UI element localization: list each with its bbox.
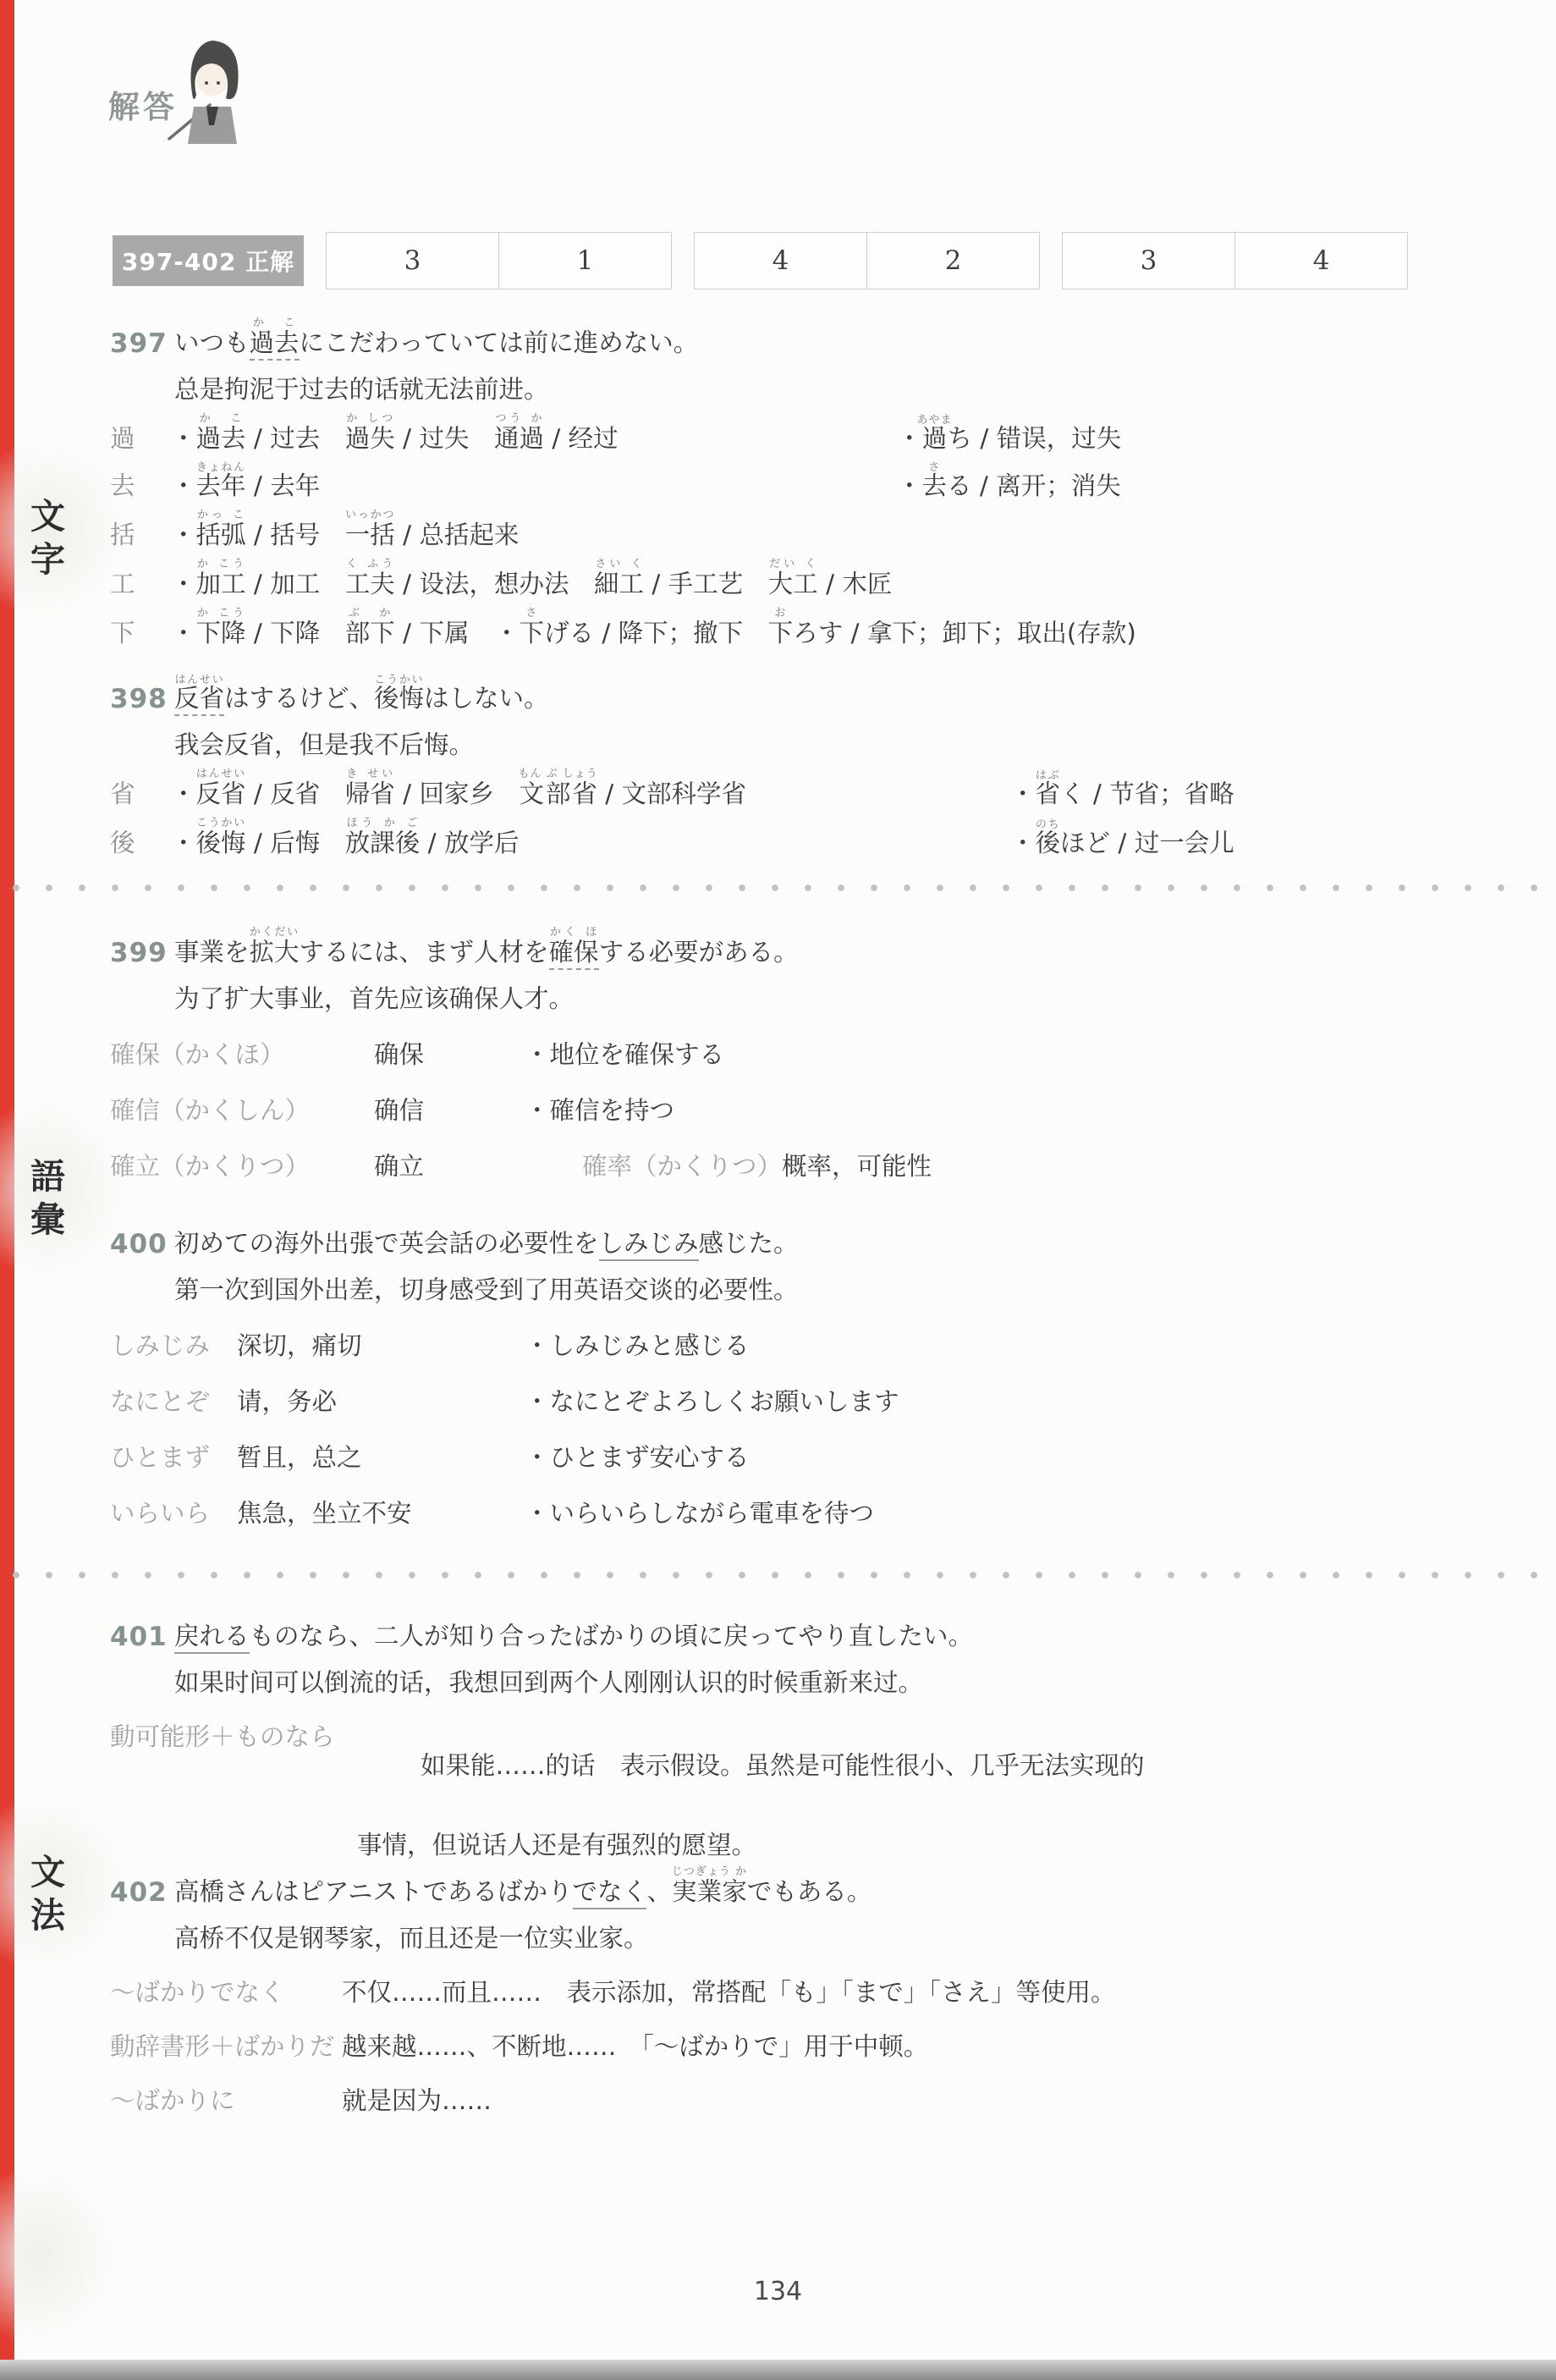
vocab-meaning: 暂且，总之 [237, 1438, 525, 1474]
vocab-row: しみじみ 深切，痛切 ・しみじみと感じる [110, 1326, 1515, 1362]
vocab-example: ・なにとぞよろしくお願いします [525, 1382, 1515, 1418]
vocab-word: いらいら [110, 1494, 237, 1529]
grammar-pattern: 〜ばかりでなく [110, 1973, 342, 2008]
vocab-example: 確率（かくりつ）概率，可能性 [525, 1147, 1515, 1182]
question-397: 397 いつも過去か こにこだわっていては前に進めない。 总是拘泥于过去的话就无… [110, 317, 1515, 649]
kanji-words: ・後のちほど / 过一会儿 [1010, 818, 1515, 859]
grammar-pattern: 〜ばかりに [110, 2081, 342, 2117]
grammar-row: 動辞書形＋ばかりだ 越来越……、不断地…… 「〜ばかりで」用于中顿。 [110, 2027, 1515, 2063]
vocab-meaning: 深切，痛切 [237, 1326, 525, 1362]
vocab-word: 確保（かくほ） [110, 1035, 374, 1071]
vocab-meaning: 概率，可能性 [782, 1152, 932, 1181]
vocab-word: なにとぞ [110, 1382, 237, 1418]
vocab-row: 確立（かくりつ） 确立 確率（かくりつ）概率，可能性 [110, 1147, 1515, 1182]
question-translation: 第一次到国外出差，切身感受到了用英语交谈的必要性。 [174, 1270, 1515, 1306]
kanji-row: 下 ・下降か こう / 下降 部下ぶ か / 下属 ・下さげる / 降下；撤下 … [110, 607, 1515, 649]
section-divider [12, 884, 1545, 893]
answer-box-399: 4 [694, 232, 867, 289]
answer-box-397: 3 [326, 232, 499, 289]
question-sentence: 反省はんせいはするけど、後悔こうかいはしない。 [174, 674, 549, 714]
kanji-words: ・過あやまち / 错误，过失 [897, 414, 1515, 455]
section-divider [12, 1571, 1545, 1580]
question-400: 400 初めての海外出張で英会話の必要性をしみじみ感じた。 第一次到国外出差，切… [110, 1224, 1515, 1529]
vocab-row: いらいら 焦急，坐立不安 ・いらいらしながら電車を待つ [110, 1494, 1515, 1529]
answer-box-group: 3 4 [1062, 232, 1408, 289]
grammar-pattern: 動辞書形＋ばかりだ [110, 2027, 342, 2063]
answer-box-group: 4 2 [694, 232, 1040, 289]
vocab-example: ・地位を確保する [525, 1035, 1515, 1071]
kanji-head: 後 [110, 824, 149, 859]
question-translation: 如果时间可以倒流的话，我想回到两个人刚刚认识的时候重新来过。 [174, 1663, 1515, 1699]
question-sentence: いつも過去か こにこだわっていては前に進めない。 [174, 317, 698, 359]
kanji-words: ・後悔こうかい / 后悔 放課後ほう か ご / 放学后 [171, 817, 1010, 859]
textbook-answer-page: 文字 語彙 文法 解答 397-402 正解 3 1 4 2 3 4 397 い… [0, 0, 1556, 2380]
sidebar-section-bunpo: 文法 [20, 1854, 70, 1940]
question-sentence: 初めての海外出張で英会話の必要性をしみじみ感じた。 [174, 1224, 799, 1259]
answer-box-400: 2 [866, 232, 1040, 289]
kanji-head: 括 [110, 515, 149, 551]
vocab-word: ひとまず [110, 1438, 237, 1474]
vocab-row: ひとまず 暂且，总之 ・ひとまず安心する [110, 1438, 1515, 1474]
vocab-row: 確信（かくしん） 确信 ・確信を持つ [110, 1091, 1515, 1127]
question-sentence: 戻れるものなら、二人が知り合ったばかりの頃に戻ってやり直したい。 [174, 1617, 973, 1652]
teacher-girl-illustration [146, 32, 272, 144]
answer-box-398: 1 [498, 232, 672, 289]
grammar-row: 〜ばかりに 就是因为…… [110, 2081, 1515, 2117]
kanji-row: 後 ・後悔こうかい / 后悔 放課後ほう か ご / 放学后 ・後のちほど / … [110, 817, 1515, 859]
sidebar-section-goi: 語彙 [20, 1158, 70, 1244]
kanji-words: ・下降か こう / 下降 部下ぶ か / 下属 ・下さげる / 降下；撤下 下お… [171, 607, 1515, 649]
question-translation: 我会反省，但是我不后悔。 [174, 725, 1515, 761]
page-number: 134 [0, 2277, 1556, 2306]
question-sentence: 事業を拡大かくだいするには、まず人材を確保かく ほする必要がある。 [174, 926, 799, 968]
kanji-words: ・加工か こう / 加工 工夫く ふう / 设法，想办法 細工さい く / 手工… [171, 558, 1515, 600]
sidebar-section-moji: 文字 [20, 498, 70, 584]
vocab-meaning: 确立 [374, 1147, 525, 1182]
question-sentence: 高橋さんはピアニストであるばかりでなく、実業家じつぎょう かでもある。 [174, 1865, 871, 1908]
kanji-words: ・括弧かっ こ / 括号 一括いっかつ / 总括起来 [171, 509, 1515, 551]
vocab-word: しみじみ [110, 1326, 237, 1362]
question-number: 401 [110, 1622, 174, 1652]
kanji-row: 括 ・括弧かっ こ / 括号 一括いっかつ / 总括起来 [110, 509, 1515, 551]
kanji-head: 下 [110, 614, 149, 649]
grammar-explanation: 就是因为…… [342, 2081, 1515, 2117]
kanji-row: 省 ・反省はんせい / 反省 帰省き せい / 回家乡 文部省もん ぶ しょう … [110, 768, 1515, 810]
kanji-words: ・過去か こ / 过去 過失か しつ / 过失 通過つう か / 经过 [171, 412, 897, 455]
vocab-meaning: 确信 [374, 1091, 525, 1127]
vocab-row: なにとぞ 请，务必 ・なにとぞよろしくお願いします [110, 1382, 1515, 1418]
sidebar-blob [0, 2167, 118, 2344]
question-399: 399 事業を拡大かくだいするには、まず人材を確保かく ほする必要がある。 为了… [110, 926, 1515, 1182]
vocab-word: 確信（かくしん） [110, 1091, 374, 1127]
grammar-explanation: 不仅……而且…… 表示添加，常搭配「も」「まで」「さえ」等使用。 [342, 1973, 1515, 2008]
kanji-row: 過 ・過去か こ / 过去 過失か しつ / 过失 通過つう か / 经过 ・過… [110, 412, 1515, 455]
kanji-words: ・去年きょねん / 去年 [171, 461, 897, 502]
question-translation: 总是拘泥于过去的话就无法前进。 [174, 370, 1515, 405]
answer-bar: 397-402 正解 3 1 4 2 3 4 [113, 232, 1408, 289]
question-number: 402 [110, 1877, 174, 1908]
question-402: 402 高橋さんはピアニストであるばかりでなく、実業家じつぎょう かでもある。 … [110, 1865, 1515, 2117]
question-number: 397 [110, 328, 174, 359]
vocab-row: 確保（かくほ） 确保 ・地位を確保する [110, 1035, 1515, 1071]
grammar-explanation-line: 事情，但说话人还是有强烈的愿望。 [357, 1826, 1515, 1861]
page-bottom-edge [0, 2360, 1556, 2380]
answer-box-401: 3 [1062, 232, 1235, 289]
kanji-words: ・去さる / 离开；消失 [897, 461, 1515, 502]
vocab-example: ・しみじみと感じる [525, 1326, 1515, 1362]
vocab-meaning: 确保 [374, 1035, 525, 1071]
vocab-example: ・確信を持つ [525, 1091, 1515, 1127]
kanji-row: 去 ・去年きょねん / 去年 ・去さる / 离开；消失 [110, 461, 1515, 502]
question-number: 400 [110, 1229, 174, 1259]
kanji-words: ・反省はんせい / 反省 帰省き せい / 回家乡 文部省もん ぶ しょう / … [171, 768, 1010, 810]
vocab-example: ・ひとまず安心する [525, 1438, 1515, 1474]
grammar-explanation-line: 如果能……的话 表示假设。虽然是可能性很小、几乎无法实现的 [421, 1751, 1145, 1780]
kanji-row: 工 ・加工か こう / 加工 工夫く ふう / 设法，想办法 細工さい く / … [110, 558, 1515, 600]
question-number: 398 [110, 684, 174, 714]
vocab-example: ・いらいらしながら電車を待つ [525, 1494, 1515, 1529]
kanji-words: ・省はぶく / 节省；省略 [1010, 769, 1515, 810]
answer-range-badge: 397-402 正解 [113, 235, 304, 286]
answer-box-group: 3 1 [326, 232, 672, 289]
grammar-explanation: 越来越……、不断地…… 「〜ばかりで」用于中顿。 [342, 2027, 1515, 2063]
vocab-meaning: 请，务必 [237, 1382, 525, 1418]
question-translation: 高桥不仅是钢琴家，而且还是一位实业家。 [174, 1919, 1515, 1954]
vocab-word: 確率（かくりつ） [582, 1152, 782, 1181]
grammar-row: 〜ばかりでなく 不仅……而且…… 表示添加，常搭配「も」「まで」「さえ」等使用。 [110, 1973, 1515, 2008]
answer-box-402: 4 [1234, 232, 1408, 289]
kanji-head: 過 [110, 419, 149, 455]
kanji-head: 工 [110, 565, 149, 600]
vocab-meaning: 焦急，坐立不安 [237, 1494, 525, 1529]
question-398: 398 反省はんせいはするけど、後悔こうかいはしない。 我会反省，但是我不后悔。… [110, 674, 1515, 859]
kanji-head: 省 [110, 774, 149, 810]
question-translation: 为了扩大事业，首先应该确保人才。 [174, 979, 1515, 1015]
grammar-pattern: 動可能形＋ものなら [110, 1717, 357, 1753]
kanji-head: 去 [110, 466, 149, 502]
vocab-word: 確立（かくりつ） [110, 1147, 374, 1182]
question-number: 399 [110, 938, 174, 968]
